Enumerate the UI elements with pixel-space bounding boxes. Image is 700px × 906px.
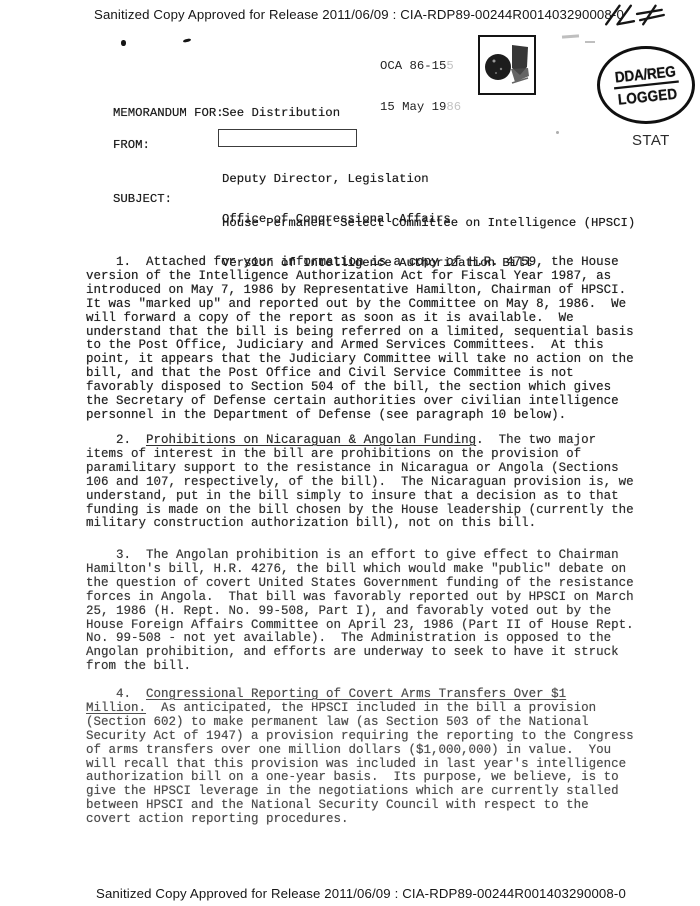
memorandum-for-value: See Distribution <box>222 106 340 120</box>
subject-label: SUBJECT: <box>113 192 172 206</box>
paragraph-3-text: 3. The Angolan prohibition is an effort … <box>86 548 634 673</box>
dda-reg-logged-stamp: DDA/REG LOGGED <box>597 46 695 124</box>
oca-number-faint: 5 <box>446 59 453 73</box>
paragraph-1: 1. Attached for your information is a co… <box>86 256 664 423</box>
paragraph-2-text: . The two major items of interest in the… <box>86 433 634 530</box>
redaction-box <box>218 129 357 147</box>
document-date-faint: 86 <box>446 100 461 114</box>
memorandum-for-label: MEMORANDUM FOR: <box>113 106 224 120</box>
paragraph-2-heading: Prohibitions on Nicaraguan & Angolan Fun… <box>146 433 476 447</box>
document-number-date: OCA 86-155 15 May 1986 <box>380 33 461 141</box>
sanitized-banner-bottom: Sanitized Copy Approved for Release 2011… <box>96 886 626 901</box>
paragraph-1-text: 1. Attached for your information is a co… <box>86 255 634 422</box>
scan-mark <box>562 34 579 38</box>
paragraph-3: 3. The Angolan prohibition is an effort … <box>86 549 664 674</box>
from-title-line-1: Deputy Director, Legislation <box>222 173 451 186</box>
oca-number: OCA 86-15 <box>380 59 446 73</box>
paragraph-2: 2. Prohibitions on Nicaraguan & Angolan … <box>86 434 664 531</box>
seal-stamp-icon <box>478 35 536 95</box>
document-page: Sanitized Copy Approved for Release 2011… <box>0 0 700 906</box>
stat-marking: STAT <box>632 132 670 149</box>
from-label: FROM: <box>113 138 150 152</box>
scan-mark <box>585 41 595 43</box>
document-date: 15 May 19 <box>380 100 446 114</box>
paragraph-4-prefix: 4. <box>86 687 146 701</box>
paragraph-4: 4. Congressional Reporting of Covert Arm… <box>86 688 664 827</box>
handwritten-initials-icon <box>600 1 672 29</box>
paragraph-2-prefix: 2. <box>86 433 146 447</box>
subject-line-1: House Permanent Select Committee on Inte… <box>222 217 635 230</box>
ink-speck <box>121 40 126 46</box>
paragraph-4-text: As anticipated, the HPSCI included in th… <box>86 701 634 826</box>
sanitized-banner-top: Sanitized Copy Approved for Release 2011… <box>94 7 624 22</box>
ink-speck <box>183 38 191 43</box>
scan-mark <box>556 131 559 134</box>
